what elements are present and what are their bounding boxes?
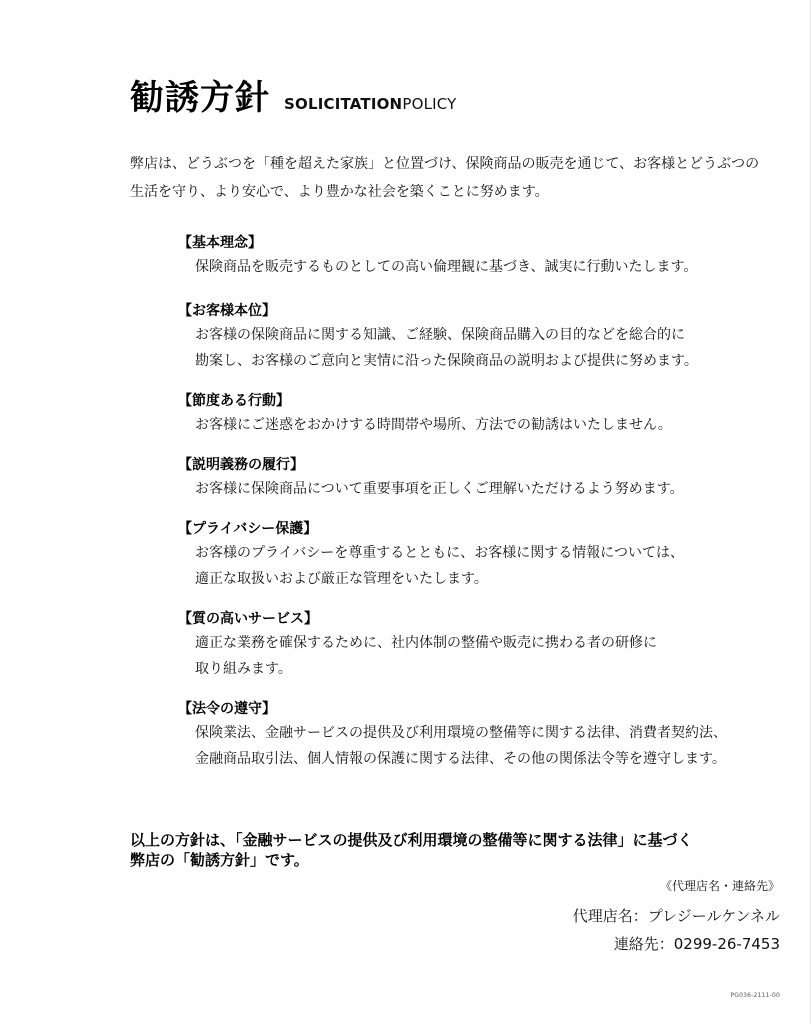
title-english: SOLICITATIONPOLICY xyxy=(284,95,457,113)
agency-contact: 《代理店名・連絡先》 代理店名：プレジールケンネル 連絡先：0299-26-74… xyxy=(573,876,780,958)
agency-phone: 連絡先：0299-26-7453 xyxy=(573,930,780,958)
section-moderate-conduct: 【節度ある行動】 お客様にご迷惑をおかけする時間帯や場所、方法での勧誘はいたしま… xyxy=(178,390,778,438)
policy-sections: 【基本理念】 保険商品を販売するものとしての高い倫理観に基づき、誠実に行動いたし… xyxy=(178,232,778,788)
section-quality-service: 【質の高いサービス】 適正な業務を確保するために、社内体制の整備や販売に携わる者… xyxy=(178,608,778,682)
section-line: 適正な業務を確保するために、社内体制の整備や販売に携わる者の研修に xyxy=(195,630,778,656)
section-heading: 【お客様本位】 xyxy=(178,300,778,322)
section-body: 保険業法、金融サービスの提供及び利用環境の整備等に関する法律、消費者契約法、 金… xyxy=(178,720,778,772)
closing-line: 以上の方針は、「金融サービスの提供及び利用環境の整備等に関する法律」に基づく xyxy=(130,830,693,850)
section-line: お客様に保険商品について重要事項を正しくご理解いただけるよう努めます。 xyxy=(195,476,778,502)
section-basic-philosophy: 【基本理念】 保険商品を販売するものとしての高い倫理観に基づき、誠実に行動いたし… xyxy=(178,232,778,280)
section-legal-compliance: 【法令の遵守】 保険業法、金融サービスの提供及び利用環境の整備等に関する法律、消… xyxy=(178,698,778,772)
section-body: 適正な業務を確保するために、社内体制の整備や販売に携わる者の研修に 取り組みます… xyxy=(178,630,778,682)
section-line: お客様のプライバシーを尊重するとともに、お客様に関する情報については、 xyxy=(195,540,778,566)
section-privacy-protection: 【プライバシー保護】 お客様のプライバシーを尊重するとともに、お客様に関する情報… xyxy=(178,518,778,592)
section-body: 保険商品を販売するものとしての高い倫理観に基づき、誠実に行動いたします。 xyxy=(178,254,778,280)
intro-line: 生活を守り、より安心で、より豊かな社会を築くことに努めます。 xyxy=(130,178,770,206)
title-english-bold: SOLICITATION xyxy=(284,95,402,113)
title-english-regular: POLICY xyxy=(402,95,456,113)
section-heading: 【基本理念】 xyxy=(178,232,778,254)
section-line: お客様にご迷惑をおかけする時間帯や場所、方法での勧誘はいたしません。 xyxy=(195,412,778,438)
title-japanese: 勧誘方針 xyxy=(130,70,270,119)
section-body: お客様に保険商品について重要事項を正しくご理解いただけるよう努めます。 xyxy=(178,476,778,502)
section-body: お客様の保険商品に関する知識、ご経験、保険商品購入の目的などを総合的に 勘案し、… xyxy=(178,322,778,374)
closing-line: 弊店の「勧誘方針」です。 xyxy=(130,850,693,870)
agency-name: 代理店名：プレジールケンネル xyxy=(573,902,780,930)
section-line: 金融商品取引法、個人情報の保護に関する法律、その他の関係法令等を遵守します。 xyxy=(195,746,778,772)
section-line: 適正な取扱いおよび厳正な管理をいたします。 xyxy=(195,566,778,592)
section-heading: 【節度ある行動】 xyxy=(178,390,778,412)
section-heading: 【説明義務の履行】 xyxy=(178,454,778,476)
section-line: 勘案し、お客様のご意向と実情に沿った保険商品の説明および提供に努めます。 xyxy=(195,348,778,374)
contact-caption: 《代理店名・連絡先》 xyxy=(573,876,780,896)
section-duty-to-explain: 【説明義務の履行】 お客様に保険商品について重要事項を正しくご理解いただけるよう… xyxy=(178,454,778,502)
section-heading: 【質の高いサービス】 xyxy=(178,608,778,630)
section-body: お客様のプライバシーを尊重するとともに、お客様に関する情報については、 適正な取… xyxy=(178,540,778,592)
section-heading: 【法令の遵守】 xyxy=(178,698,778,720)
section-heading: 【プライバシー保護】 xyxy=(178,518,778,540)
document-code: PG036-2111-00 xyxy=(730,992,780,999)
closing-statement: 以上の方針は、「金融サービスの提供及び利用環境の整備等に関する法律」に基づく 弊… xyxy=(130,830,693,870)
section-customer-first: 【お客様本位】 お客様の保険商品に関する知識、ご経験、保険商品購入の目的などを総… xyxy=(178,300,778,374)
section-line: 取り組みます。 xyxy=(195,656,778,682)
section-line: 保険業法、金融サービスの提供及び利用環境の整備等に関する法律、消費者契約法、 xyxy=(195,720,778,746)
section-line: 保険商品を販売するものとしての高い倫理観に基づき、誠実に行動いたします。 xyxy=(195,254,778,280)
section-body: お客様にご迷惑をおかけする時間帯や場所、方法での勧誘はいたしません。 xyxy=(178,412,778,438)
intro-line: 弊店は、どうぶつを「種を超えた家族」と位置づけ、保険商品の販売を通じて、お客様と… xyxy=(130,150,770,178)
section-line: お客様の保険商品に関する知識、ご経験、保険商品購入の目的などを総合的に xyxy=(195,322,778,348)
page-title: 勧誘方針 SOLICITATIONPOLICY xyxy=(130,70,457,119)
intro-paragraph: 弊店は、どうぶつを「種を超えた家族」と位置づけ、保険商品の販売を通じて、お客様と… xyxy=(130,150,770,206)
